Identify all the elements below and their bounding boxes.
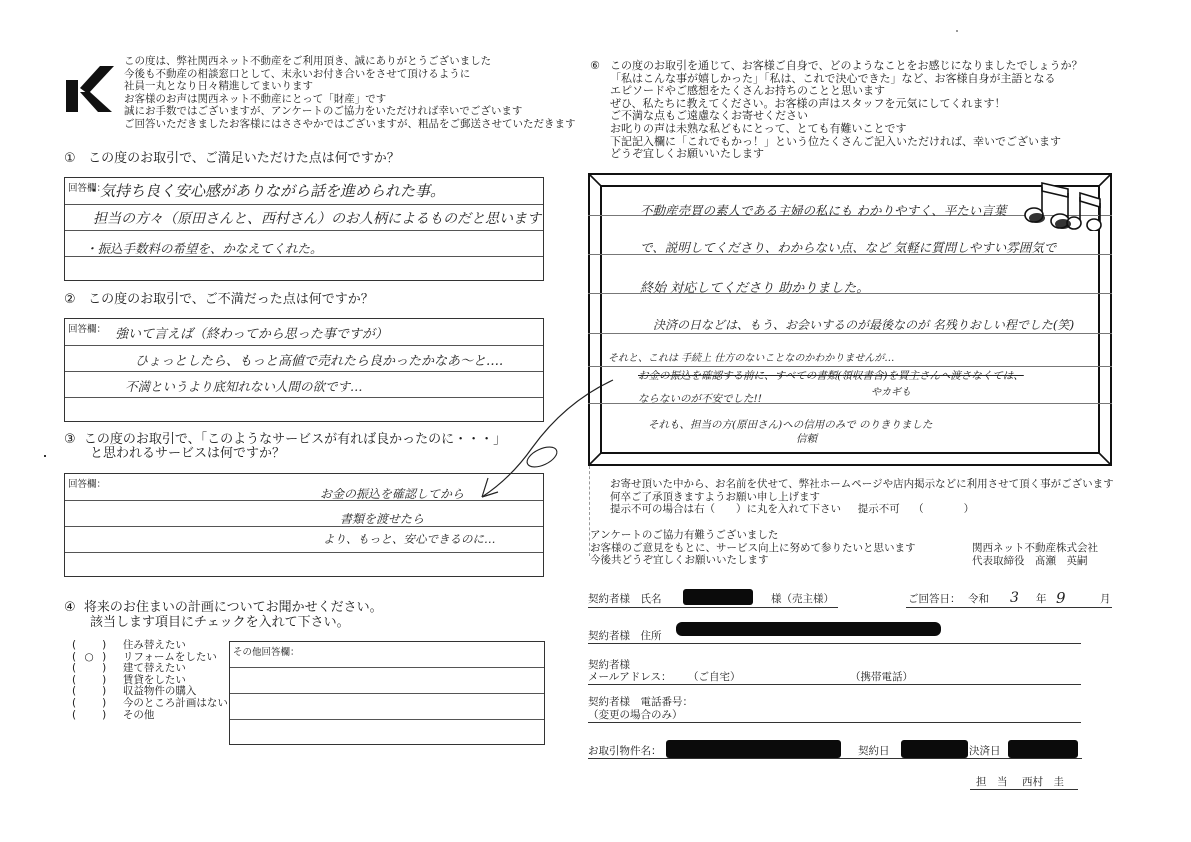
thanks-message: アンケートのご協力有難うございました お客様のご意見をもとに、サービス向上に努め… bbox=[590, 529, 916, 567]
staff-label: 担 当 bbox=[976, 776, 1008, 789]
address-label: 契約者様 住所 bbox=[588, 630, 662, 643]
company-logo-k bbox=[66, 66, 114, 112]
publish-notice: お寄せ頂いた中から、お名前を伏せて、弊社ホームページや店内掲示などに利用させて頂… bbox=[610, 478, 1114, 516]
answer-box-1[interactable]: 回答欄： ・気持ち良く安心感がありながら話を進められた事。 担当の方々（原田さん… bbox=[64, 177, 544, 281]
name-label: 契約者様 氏名 bbox=[588, 593, 662, 606]
scan-speck bbox=[956, 30, 958, 32]
answer-line: お金の振込を確認してから bbox=[320, 485, 464, 502]
answer-label: 回答欄： bbox=[68, 476, 106, 490]
era-label: 令和 bbox=[968, 593, 989, 606]
redacted-name bbox=[683, 589, 753, 605]
dot-mark bbox=[44, 455, 46, 457]
option-label: 収益物件の購入 bbox=[123, 685, 197, 697]
question-line: この度のお取引を通じて、お客様ご自身で、どのようなことをお感じになりましたでしょ… bbox=[610, 60, 1083, 73]
impression-line: 不動産売買の素人である主婦の私にも わかりやすく、平たい言葉 bbox=[640, 201, 1006, 219]
question-number: ① bbox=[64, 151, 76, 166]
answer-label: 回答欄： bbox=[68, 321, 106, 335]
impression-line: 決済の日などは、もう、お会いするのが最後なのが 名残りおしい程でした(笑) bbox=[653, 316, 1074, 333]
email-label-line1: 契約者様 bbox=[588, 659, 630, 672]
contract-date-label: 契約日 bbox=[858, 745, 890, 758]
intro-line: ご回答いただきましたお客様にはささやかではございますが、粗品をご郵送させていただ… bbox=[124, 118, 576, 131]
plan-options: () 住み替えたい (○) リフォームをしたい () 建て替えたい () 賃貸を… bbox=[72, 640, 228, 721]
answer-line: 不満というより底知れない人間の欲です… bbox=[125, 377, 363, 395]
question-1: ① この度のお取引で、ご満足いただけた点は何ですか？ bbox=[64, 151, 400, 166]
company-signature: 関西ネット不動産株式会社 代表取締役 髙瀬 英嗣 bbox=[972, 542, 1098, 567]
email-home-label: （ご自宅） bbox=[688, 671, 741, 684]
intro-text: この度は、弊社関西ネット不動産をご利用頂き、誠にありがとうございました 今後も不… bbox=[124, 55, 576, 131]
intro-line: 誠にお手数ではございますが、アンケートのご協力をいただければ幸いでございます bbox=[124, 105, 576, 118]
question-text: 該当します項目にチェックを入れて下さい。 bbox=[64, 615, 383, 630]
publish-refuse-label: 提示不可 bbox=[858, 503, 900, 515]
publish-line: お寄せ頂いた中から、お名前を伏せて、弊社ホームページや店内掲示などに利用させて頂… bbox=[610, 478, 1114, 491]
question-line: お叱りの声は未熟な私どもにとって、とても有難いことです bbox=[610, 123, 1083, 136]
redacted-address bbox=[676, 622, 941, 636]
question-text: と思われるサービスは何ですか？ bbox=[64, 447, 506, 461]
publish-refuse-checkbox[interactable]: （） bbox=[913, 503, 974, 515]
impression-line: ならないのが不安でした!! bbox=[638, 391, 762, 406]
question-number: ⑥ bbox=[590, 60, 600, 73]
intro-line: この度は、弊社関西ネット不動産をご利用頂き、誠にありがとうございました bbox=[124, 55, 576, 68]
music-notes-icon bbox=[1020, 177, 1108, 231]
question-number: ③ bbox=[64, 432, 76, 447]
impression-line: お金の振込を確認する前に、すべての書類(領収書含)を買主さんへ渡さなくては、 bbox=[638, 368, 1024, 383]
intro-line: お客様のお声は関西ネット不動産にとって「財産」です bbox=[124, 93, 576, 106]
plan-option[interactable]: () その他 bbox=[72, 710, 228, 722]
question-text: 将来のお住まいの計画についてお聞かせください。 bbox=[84, 600, 383, 615]
impression-line: それも、担当の方(原田さん)への信用のみで のりきりました bbox=[648, 417, 933, 432]
answer-line: より、もっと、安心できるのに… bbox=[323, 531, 496, 547]
option-label: 建て替えたい bbox=[123, 662, 186, 674]
question-3: ③ この度のお取引で、「このようなサービスが有れば良かったのに・・・」 と思われ… bbox=[64, 433, 506, 461]
publish-refuse-row: 提示不可の場合は右（ ）に丸を入れて下さい 提示不可 （） bbox=[610, 503, 1114, 516]
email-mobile-label: （携帯電話） bbox=[850, 671, 913, 684]
phone-label: （変更の場合のみ） bbox=[588, 709, 683, 722]
question-number: ② bbox=[64, 292, 76, 307]
phone-field[interactable]: （変更の場合のみ） bbox=[588, 709, 1081, 723]
staff-name: 西村 圭 bbox=[1022, 776, 1064, 789]
intro-line: 今後も不動産の相談窓口として、末永いお付き合いをさせて頂けるように bbox=[124, 68, 576, 81]
answer-line: ・振込手数料の希望を、かなえてくれた。 bbox=[85, 239, 323, 257]
name-suffix: 様（売主様） bbox=[771, 593, 834, 606]
company-name: 関西ネット不動産株式会社 bbox=[972, 542, 1098, 555]
publish-refuse-instruction: 提示不可の場合は右（ ）に丸を入れて下さい bbox=[610, 503, 841, 515]
impression-frame[interactable]: 不動産売買の素人である主婦の私にも わかりやすく、平たい言葉 で、説明してくださ… bbox=[588, 173, 1112, 466]
question-4: ④ 将来のお住まいの計画についてお聞かせください。 該当します項目にチェックを入… bbox=[64, 600, 383, 630]
answer-date-label: ご回答日： bbox=[908, 593, 961, 606]
property-field[interactable]: お取引物件名： 契約日 決済日 bbox=[588, 744, 1082, 759]
thanks-line: アンケートのご協力有難うございました bbox=[590, 529, 916, 542]
impression-insert: 信頼 bbox=[796, 431, 817, 446]
answer-date-field[interactable]: ご回答日： 令和 3 年 9 月 bbox=[906, 593, 1112, 608]
option-label: 住み替えたい bbox=[123, 639, 186, 651]
answer-month: 9 bbox=[1056, 589, 1066, 607]
option-mark: ○ bbox=[76, 652, 102, 664]
redacted-contract-date bbox=[901, 740, 968, 758]
other-answer-box[interactable]: その他回答欄： bbox=[229, 641, 545, 745]
month-label: 月 bbox=[1100, 593, 1111, 606]
redacted-settlement-date bbox=[1008, 740, 1078, 758]
answer-line: ひょっとしたら、もっと高値で売れたら良かったかなあ〜と…. bbox=[135, 350, 503, 369]
impression-line: で、説明してくださり、わからない点、など 気軽に質問しやすい雰囲気で bbox=[640, 238, 1056, 256]
answer-year: 3 bbox=[1010, 590, 1019, 606]
question-text: この度のお取引で、「このようなサービスが有れば良かったのに・・・」 bbox=[84, 432, 506, 447]
thanks-line: お客様のご意見をもとに、サービス向上に努めて参りたいと思います bbox=[590, 542, 916, 555]
year-label: 年 bbox=[1036, 593, 1047, 606]
email-field[interactable]: メールアドレス： （ご自宅） （携帯電話） bbox=[588, 671, 1081, 685]
redacted-property bbox=[666, 740, 841, 758]
answer-line: 強いて言えば（終わってから思った事ですが） bbox=[115, 323, 388, 342]
question-line: どうぞ宜しくお願いいたします bbox=[610, 148, 1083, 161]
question-2: ② この度のお取引で、ご不満だった点は何ですか？ bbox=[64, 292, 374, 307]
question-number: ④ bbox=[64, 600, 76, 615]
impression-line: 終始 対応してくださり 助かりました。 bbox=[640, 277, 869, 296]
option-label: 賃貸をしたい bbox=[123, 674, 186, 686]
intro-line: 社員一丸となり日々精進してまいります bbox=[124, 80, 576, 93]
phone-label-line1: 契約者様 電話番号： bbox=[588, 696, 693, 709]
representative-name: 代表取締役 髙瀬 英嗣 bbox=[972, 555, 1098, 568]
option-label: リフォームをしたい bbox=[123, 651, 217, 663]
question-text: この度のお取引で、ご満足いただけた点は何ですか？ bbox=[88, 151, 400, 166]
impression-insert: やカギも bbox=[871, 383, 911, 398]
other-answer-label: その他回答欄： bbox=[233, 644, 300, 658]
name-field[interactable]: 契約者様 氏名 様（売主様） bbox=[588, 593, 838, 608]
answer-line: ・気持ち良く安心感がありながら話を進められた事。 bbox=[85, 180, 445, 201]
email-label: メールアドレス： bbox=[588, 671, 671, 684]
answer-line: 担当の方々（原田さんと、西村さん）のお人柄によるものだと思います bbox=[93, 208, 541, 228]
answer-line: 書類を渡せたら bbox=[340, 510, 424, 527]
thanks-line: 今後共どうぞ宜しくお願いいたします bbox=[590, 554, 916, 567]
question-text: この度のお取引で、ご不満だった点は何ですか？ bbox=[88, 292, 374, 307]
property-label: お取引物件名： bbox=[588, 745, 662, 758]
address-field[interactable]: 契約者様 住所 bbox=[588, 628, 1081, 644]
settlement-date-label: 決済日 bbox=[969, 745, 1001, 758]
impression-line: それと、これは 手続上 仕方のないことなのかわかりませんが… bbox=[608, 349, 894, 364]
question-line: エピソードやご感想をたくさんお持ちのことと思います bbox=[610, 85, 1083, 98]
option-label: その他 bbox=[123, 709, 155, 721]
publish-line: 何卒ご了承頂きますようお願い申し上げます bbox=[610, 491, 1114, 504]
option-label: 今のところ計画はない bbox=[123, 697, 228, 709]
staff-field: 担 当 西村 圭 bbox=[970, 776, 1078, 790]
